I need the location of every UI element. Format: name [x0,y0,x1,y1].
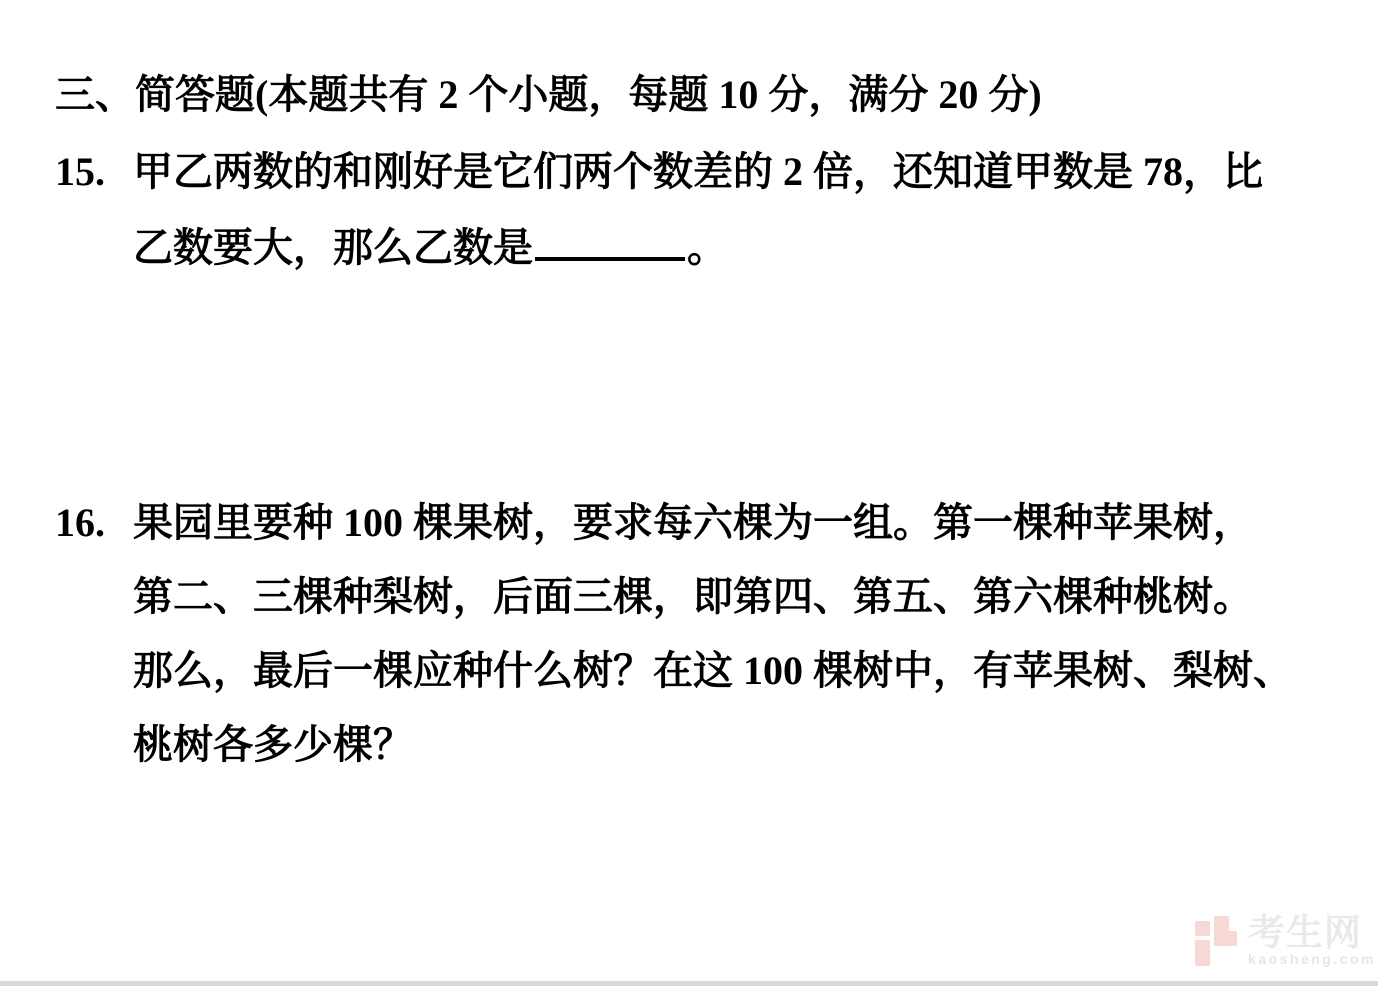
question-16-line-3: 那么，最后一棵应种什么树？在这 100 棵树中，有苹果树、梨树、 [55,634,1293,708]
question-15-text-before-blank: 乙数要大，那么乙数是 [133,225,533,270]
question-15-line-1: 15. 甲乙两数的和刚好是它们两个数差的 2 倍，还知道甲数是 78，比 [55,134,1263,210]
question-16-text-line-1: 果园里要种 100 棵果树，要求每六棵为一组。第一棵种苹果树， [133,486,1253,560]
section-heading: 三、简答题(本题共有 2 个小题，每题 10 分，满分 20 分) [55,57,1042,133]
question-15-line-2: 乙数要大，那么乙数是。 [55,210,1263,286]
kaosheng-logo-icon [1193,914,1239,968]
question-16-number: 16. [55,486,133,560]
question-15-text-after-blank: 。 [687,225,727,270]
question-15-text-line-1: 甲乙两数的和刚好是它们两个数差的 2 倍，还知道甲数是 78，比 [133,134,1263,210]
question-16-text-line-2: 第二、三棵种梨树，后面三棵，即第四、第五、第六棵种桃树。 [133,560,1253,634]
watermark-site-name: 考生网 [1248,914,1376,951]
answer-blank-q15 [535,221,685,261]
question-15: 15. 甲乙两数的和刚好是它们两个数差的 2 倍，还知道甲数是 78，比 乙数要… [55,134,1263,286]
question-16-line-1: 16. 果园里要种 100 棵果树，要求每六棵为一组。第一棵种苹果树， [55,486,1293,560]
question-16-line-2: 第二、三棵种梨树，后面三棵，即第四、第五、第六棵种桃树。 [55,560,1293,634]
question-15-text-line-2: 乙数要大，那么乙数是。 [133,210,727,286]
question-15-number: 15. [55,134,133,210]
question-16-text-line-3: 那么，最后一棵应种什么树？在这 100 棵树中，有苹果树、梨树、 [133,634,1293,708]
bottom-edge-divider [0,981,1378,986]
kaosheng-watermark: 考生网 kaosheng.com [1193,914,1376,968]
worksheet-page: 三、简答题(本题共有 2 个小题，每题 10 分，满分 20 分) 15. 甲乙… [0,0,1378,986]
question-16-line-4: 桃树各多少棵？ [55,708,1293,782]
watermark-text-column: 考生网 kaosheng.com [1248,914,1376,967]
watermark-site-url: kaosheng.com [1248,952,1376,967]
question-16-text-line-4: 桃树各多少棵？ [133,708,413,782]
question-16: 16. 果园里要种 100 棵果树，要求每六棵为一组。第一棵种苹果树， 第二、三… [55,486,1293,782]
